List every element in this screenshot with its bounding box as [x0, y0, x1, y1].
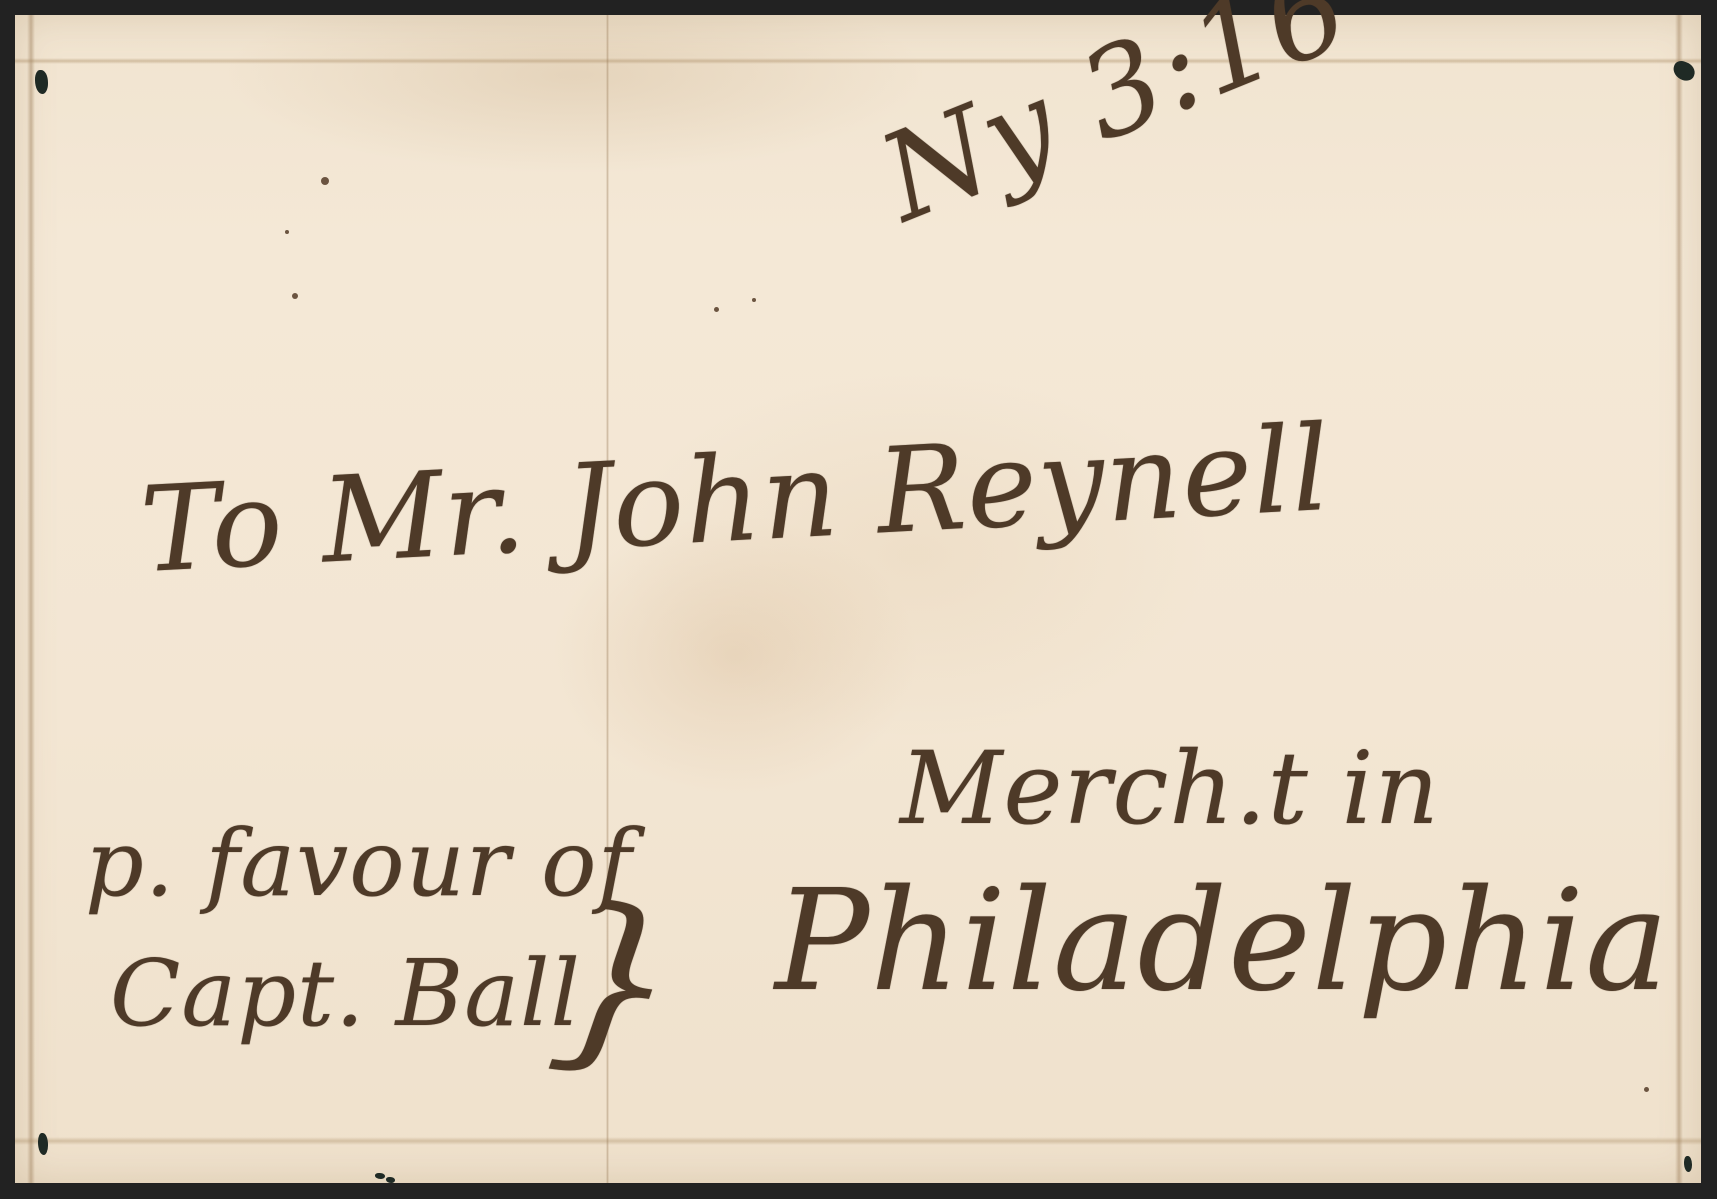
ink-speck: [285, 230, 289, 234]
left-fold-line: [27, 15, 35, 1183]
ink-speck: [714, 307, 719, 312]
wax-seal-remnant-icon: [386, 1177, 395, 1183]
carrier-endorsement-line1: p. favour of: [85, 810, 633, 917]
wax-seal-remnant-icon: [1684, 1156, 1692, 1172]
addressee-occupation: Merch.t in: [900, 730, 1440, 847]
destination-city: Philadelphia: [775, 860, 1670, 1023]
ink-speck: [292, 293, 298, 299]
bottom-fold-line: [15, 1137, 1701, 1145]
carrier-endorsement-line2: Capt. Ball: [110, 940, 581, 1047]
ink-speck: [752, 298, 756, 302]
top-fold-line: [15, 58, 1701, 64]
wax-seal-remnant-icon: [35, 70, 48, 94]
right-fold-line: [1675, 15, 1683, 1183]
ink-speck: [1644, 1087, 1649, 1092]
wax-seal-remnant-icon: [375, 1173, 385, 1179]
ink-speck: [321, 177, 329, 185]
wax-seal-remnant-icon: [38, 1133, 48, 1155]
